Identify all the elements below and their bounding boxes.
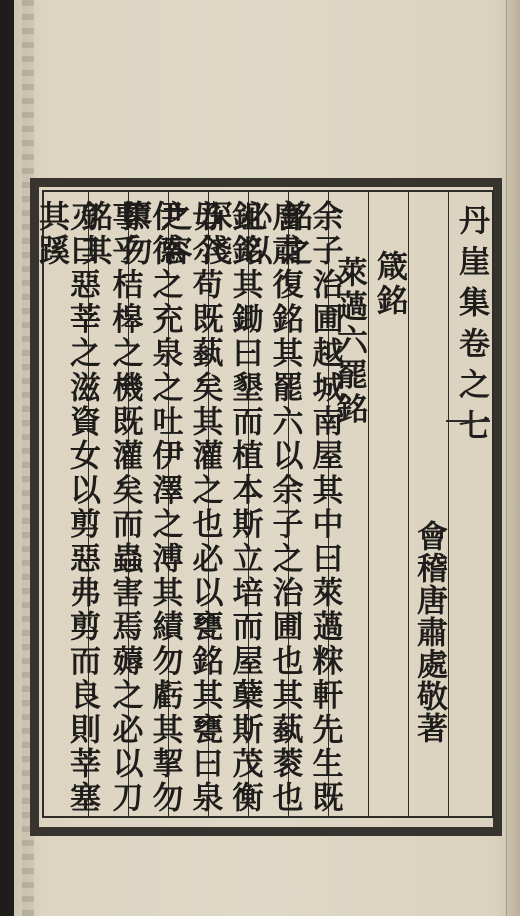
scan-background-edge xyxy=(0,0,14,916)
author-column: 會稽唐肅處敬著 xyxy=(408,190,448,818)
fish-tail-mark xyxy=(446,420,490,436)
page-spine-edge xyxy=(506,0,520,916)
book-title: 丹崖集卷之七 xyxy=(455,204,486,450)
section-heading-column: 箴銘 xyxy=(368,190,408,818)
book-title-column: 丹崖集卷之七 xyxy=(448,190,492,818)
section-heading: 箴銘 xyxy=(373,250,404,318)
text-column-7: 刃曰惡莘之滋資女以剪惡弗剪而良則莘塞其蹊 xyxy=(44,190,88,818)
author-line: 會稽唐肅處敬著 xyxy=(413,520,444,744)
text-line: 刃曰惡莘之滋資女以剪惡弗剪而良則莘塞其蹊 xyxy=(35,200,97,818)
